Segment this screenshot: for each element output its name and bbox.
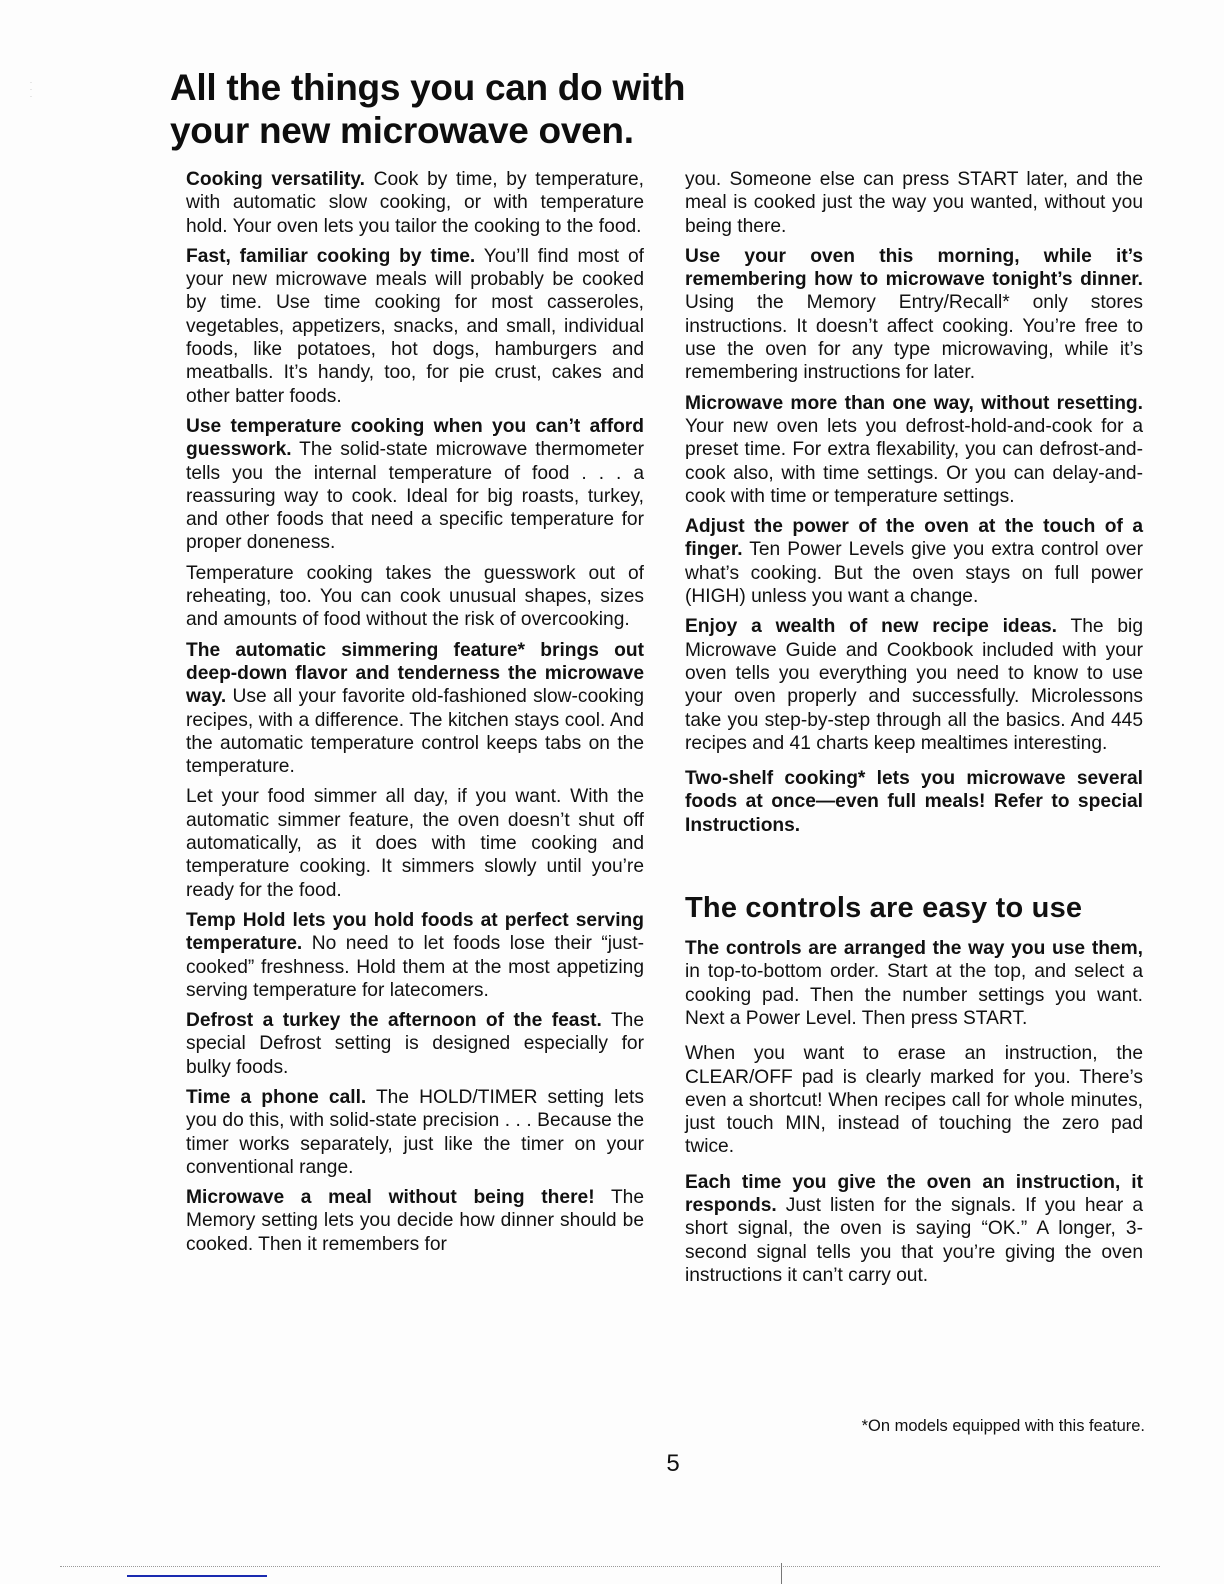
page-number: 5 (658, 1450, 688, 1478)
paragraph-memory-continued: you. Someone else can press START later,… (685, 168, 1143, 238)
right-column: you. Someone else can press START later,… (685, 168, 1143, 1294)
scan-specks: ··· (30, 80, 42, 100)
paragraph-clear-off: When you want to erase an instruction, t… (685, 1042, 1143, 1158)
paragraph-without-resetting: Microwave more than one way, without res… (685, 392, 1143, 508)
scan-artifact-blue-line (127, 1575, 267, 1577)
paragraph-reheating: Temperature cooking takes the guesswork … (186, 562, 644, 632)
page-title: All the things you can do with your new … (170, 66, 790, 152)
footnote: *On models equipped with this feature. (685, 1416, 1145, 1436)
page-title-line1: All the things you can do with (170, 67, 685, 108)
page-title-line2: your new microwave oven. (170, 110, 634, 151)
paragraph-cooking-by-time: Fast, familiar cooking by time. You’ll f… (186, 245, 644, 408)
paragraph-memory: Microwave a meal without being there! Th… (186, 1186, 644, 1256)
paragraph-two-shelf: Two-shelf cooking* lets you microwave se… (685, 767, 1143, 837)
paragraph-simmering: The automatic simmering feature* brings … (186, 639, 644, 779)
paragraph-recipe-ideas: Enjoy a wealth of new recipe ideas. The … (685, 615, 1143, 755)
paragraph-cooking-versatility: Cooking versatility. Cook by time, by te… (186, 168, 644, 238)
scan-artifact-vertical-line (781, 1563, 782, 1584)
scan-artifact-dotted-line (60, 1566, 1160, 1568)
left-column: Cooking versatility. Cook by time, by te… (186, 168, 644, 1263)
paragraph-controls-arranged: The controls are arranged the way you us… (685, 937, 1143, 1030)
paragraph-temperature-cooking: Use temperature cooking when you can’t a… (186, 415, 644, 555)
paragraph-memory-recall: Use your oven this morning, while it’s r… (685, 245, 1143, 385)
paragraph-timer: Time a phone call. The HOLD/TIMER settin… (186, 1086, 644, 1179)
paragraph-power-levels: Adjust the power of the oven at the touc… (685, 515, 1143, 608)
paragraph-simmer-all-day: Let your food simmer all day, if you wan… (186, 785, 644, 901)
paragraph-signals: Each time you give the oven an instructi… (685, 1171, 1143, 1287)
paragraph-defrost: Defrost a turkey the afternoon of the fe… (186, 1009, 644, 1079)
section-title-controls: The controls are easy to use (685, 891, 1143, 925)
paragraph-temp-hold: Temp Hold lets you hold foods at perfect… (186, 909, 644, 1002)
